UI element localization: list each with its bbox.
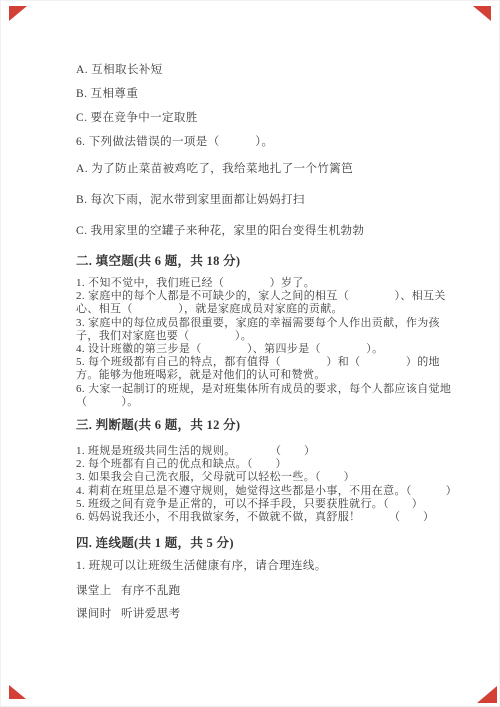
match-intro: 1. 班规可以让班级生活健康有序，请合理连线。 xyxy=(76,559,453,573)
paper-content: A. 互相取长补短 B. 互相尊重 C. 要在竞争中一定取胜 6. 下列做法错误… xyxy=(76,58,453,621)
judge-item: 4. 莉莉在班里总是不遵守规则，她觉得这些都是小事，不用在意。（ ） xyxy=(76,485,453,498)
corner-mark-top-right xyxy=(473,6,491,21)
option-line: B. 每次下雨，泥水带到家里面都让妈妈打扫 xyxy=(76,185,453,216)
judge-list: 1. 班规是班级共同生活的规则。 （ ） 2. 每个班都有自己的优点和缺点。（ … xyxy=(76,445,453,524)
match-left: 课间时 xyxy=(76,607,121,621)
judge-item: 2. 每个班都有自己的优点和缺点。（ ） xyxy=(76,458,453,471)
fill-blank-item: 1. 不知不觉中，我们班已经（ ）岁了。 xyxy=(76,277,453,290)
corner-mark-bottom-right xyxy=(477,686,497,703)
corner-mark-top-left xyxy=(9,6,27,21)
judge-item: 3. 如果我会自己洗衣服，父母就可以轻松一些。（ ） xyxy=(76,471,453,484)
judge-item: 1. 班规是班级共同生活的规则。 （ ） xyxy=(76,445,453,458)
fill-blank-item: 5. 每个班级都有自己的特点，都有值得（ ）和（ ）的地方。能够为他班喝彩，就是… xyxy=(76,356,453,382)
fill-blank-item: 6. 大家一起制订的班规，是对班集体所有成员的要求，每个人都应该自觉地（ ）。 xyxy=(76,383,453,409)
fill-blank-list: 1. 不知不觉中，我们班已经（ ）岁了。 2. 家庭中的每个人都是不可缺少的，家… xyxy=(76,277,453,409)
judge-item: 6. 妈妈说我还小，不用我做家务，不做就不做，真舒服！ （ ） xyxy=(76,511,453,524)
match-pair: 课堂上有序不乱跑 xyxy=(76,584,453,598)
match-right: 听讲爱思考 xyxy=(121,608,181,620)
choice-options-previous: A. 互相取长补短 B. 互相尊重 C. 要在竞争中一定取胜 xyxy=(76,58,453,130)
option-line: C. 我用家里的空罐子来种花，家里的阳台变得生机勃勃 xyxy=(76,216,453,247)
section-heading-judge: 三. 判断题(共 6 题，共 12 分) xyxy=(76,417,453,434)
section-heading-fill-blank: 二. 填空题(共 6 题，共 18 分) xyxy=(76,253,453,270)
match-left: 课堂上 xyxy=(76,584,121,598)
match-pair: 课间时听讲爱思考 xyxy=(76,607,453,621)
exam-paper-page: A. 互相取长补短 B. 互相尊重 C. 要在竞争中一定取胜 6. 下列做法错误… xyxy=(0,0,500,707)
fill-blank-item: 2. 家庭中的每个人都是不可缺少的，家人之间的相互（ ）、相互关心、相互（ ），… xyxy=(76,290,453,316)
section-heading-match: 四. 连线题(共 1 题，共 5 分) xyxy=(76,535,453,552)
match-right: 有序不乱跑 xyxy=(121,585,181,597)
option-line: C. 要在竞争中一定取胜 xyxy=(76,106,453,130)
fill-blank-item: 4. 设计班徽的第三步是（ ）、第四步是（ ）。 xyxy=(76,343,453,356)
option-line: A. 为了防止菜苗被鸡吃了，我给菜地扎了一个竹篱笆 xyxy=(76,154,453,185)
option-line: A. 互相取长补短 xyxy=(76,58,453,82)
choice-options-q6: A. 为了防止菜苗被鸡吃了，我给菜地扎了一个竹篱笆 B. 每次下雨，泥水带到家里… xyxy=(76,154,453,247)
judge-item: 5. 班级之间有竞争是正常的，可以不择手段，只要获胜就行。（ ） xyxy=(76,498,453,511)
fill-blank-item: 3. 家庭中的每位成员都很重要，家庭的幸福需要每个人作出贡献，作为孩子，我们对家… xyxy=(76,317,453,343)
choice-question-6: 6. 下列做法错误的一项是（ ）。 xyxy=(76,130,453,154)
corner-mark-bottom-left xyxy=(9,685,26,699)
option-line: B. 互相尊重 xyxy=(76,82,453,106)
